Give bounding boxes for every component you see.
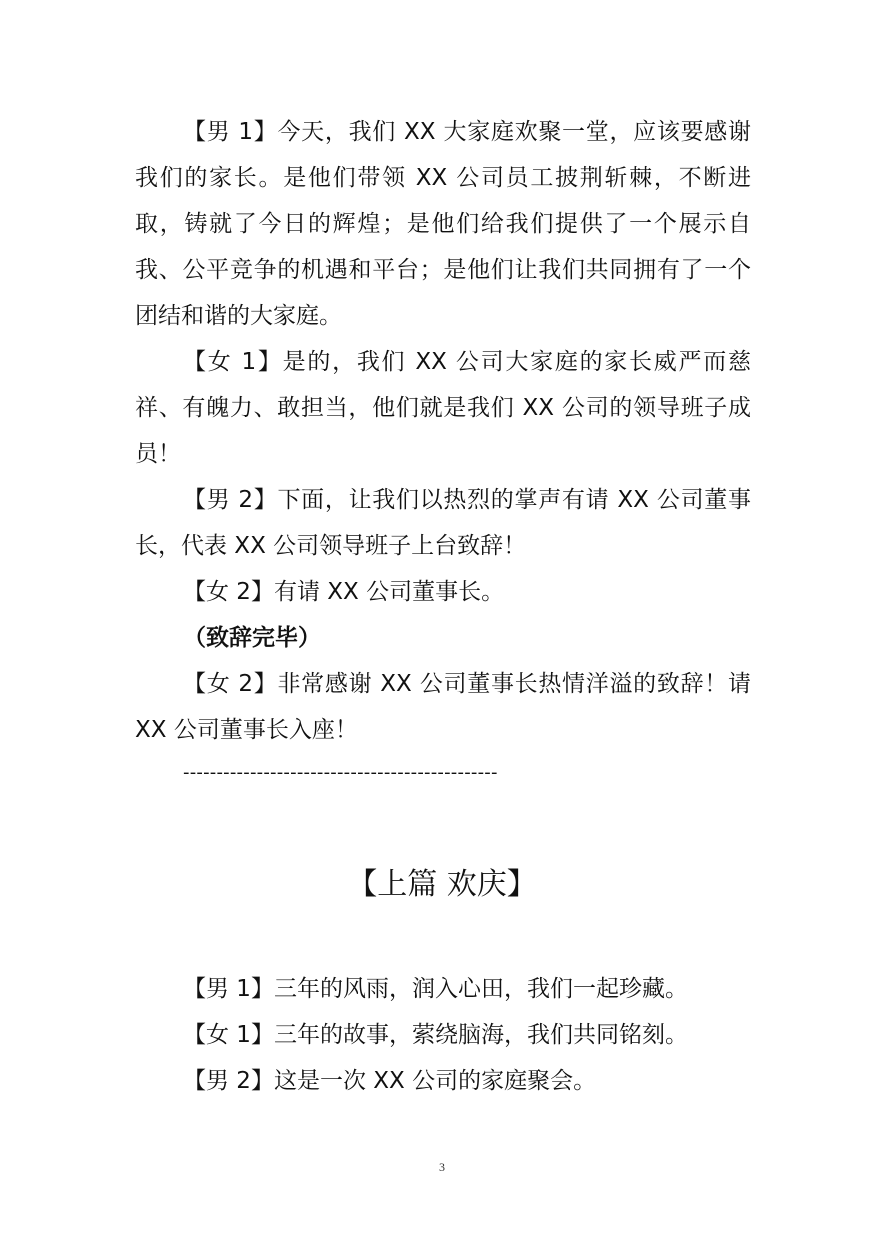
line-male2: 【男 2】这是一次 XX 公司的家庭聚会。 — [183, 1058, 688, 1104]
section-lines: 【男 1】三年的风雨，润入心田，我们一起珍藏。 【女 1】三年的故事，萦绕脑海，… — [183, 966, 688, 1104]
dashed-divider: ----------------------------------------… — [183, 762, 498, 783]
paragraph-male2-invite: 【男 2】下面，让我们以热烈的掌声有请 XX 公司董事长，代表 XX 公司领导班… — [135, 477, 751, 569]
paragraph-female1-reply: 【女 1】是的，我们 XX 公司大家庭的家长威严而慈祥、有魄力、敢担当，他们就是… — [135, 339, 751, 477]
paragraph-male1-intro: 【男 1】今天，我们 XX 大家庭欢聚一堂，应该要感谢我们的家长。是他们带领 X… — [135, 109, 751, 339]
stage-direction: （致辞完毕） — [135, 615, 751, 661]
paragraph-female2-invite: 【女 2】有请 XX 公司董事长。 — [135, 569, 751, 615]
paragraph-female2-thanks: 【女 2】非常感谢 XX 公司董事长热情洋溢的致辞！请 XX 公司董事长入座！ — [135, 661, 751, 753]
line-female1: 【女 1】三年的故事，萦绕脑海，我们共同铭刻。 — [183, 1012, 688, 1058]
document-page: 【男 1】今天，我们 XX 大家庭欢聚一堂，应该要感谢我们的家长。是他们带领 X… — [0, 0, 884, 1250]
line-male1: 【男 1】三年的风雨，润入心田，我们一起珍藏。 — [183, 966, 688, 1012]
section-title: 【上篇 欢庆】 — [0, 863, 884, 907]
page-number: 3 — [0, 1160, 884, 1175]
body-text: 【男 1】今天，我们 XX 大家庭欢聚一堂，应该要感谢我们的家长。是他们带领 X… — [135, 109, 751, 753]
